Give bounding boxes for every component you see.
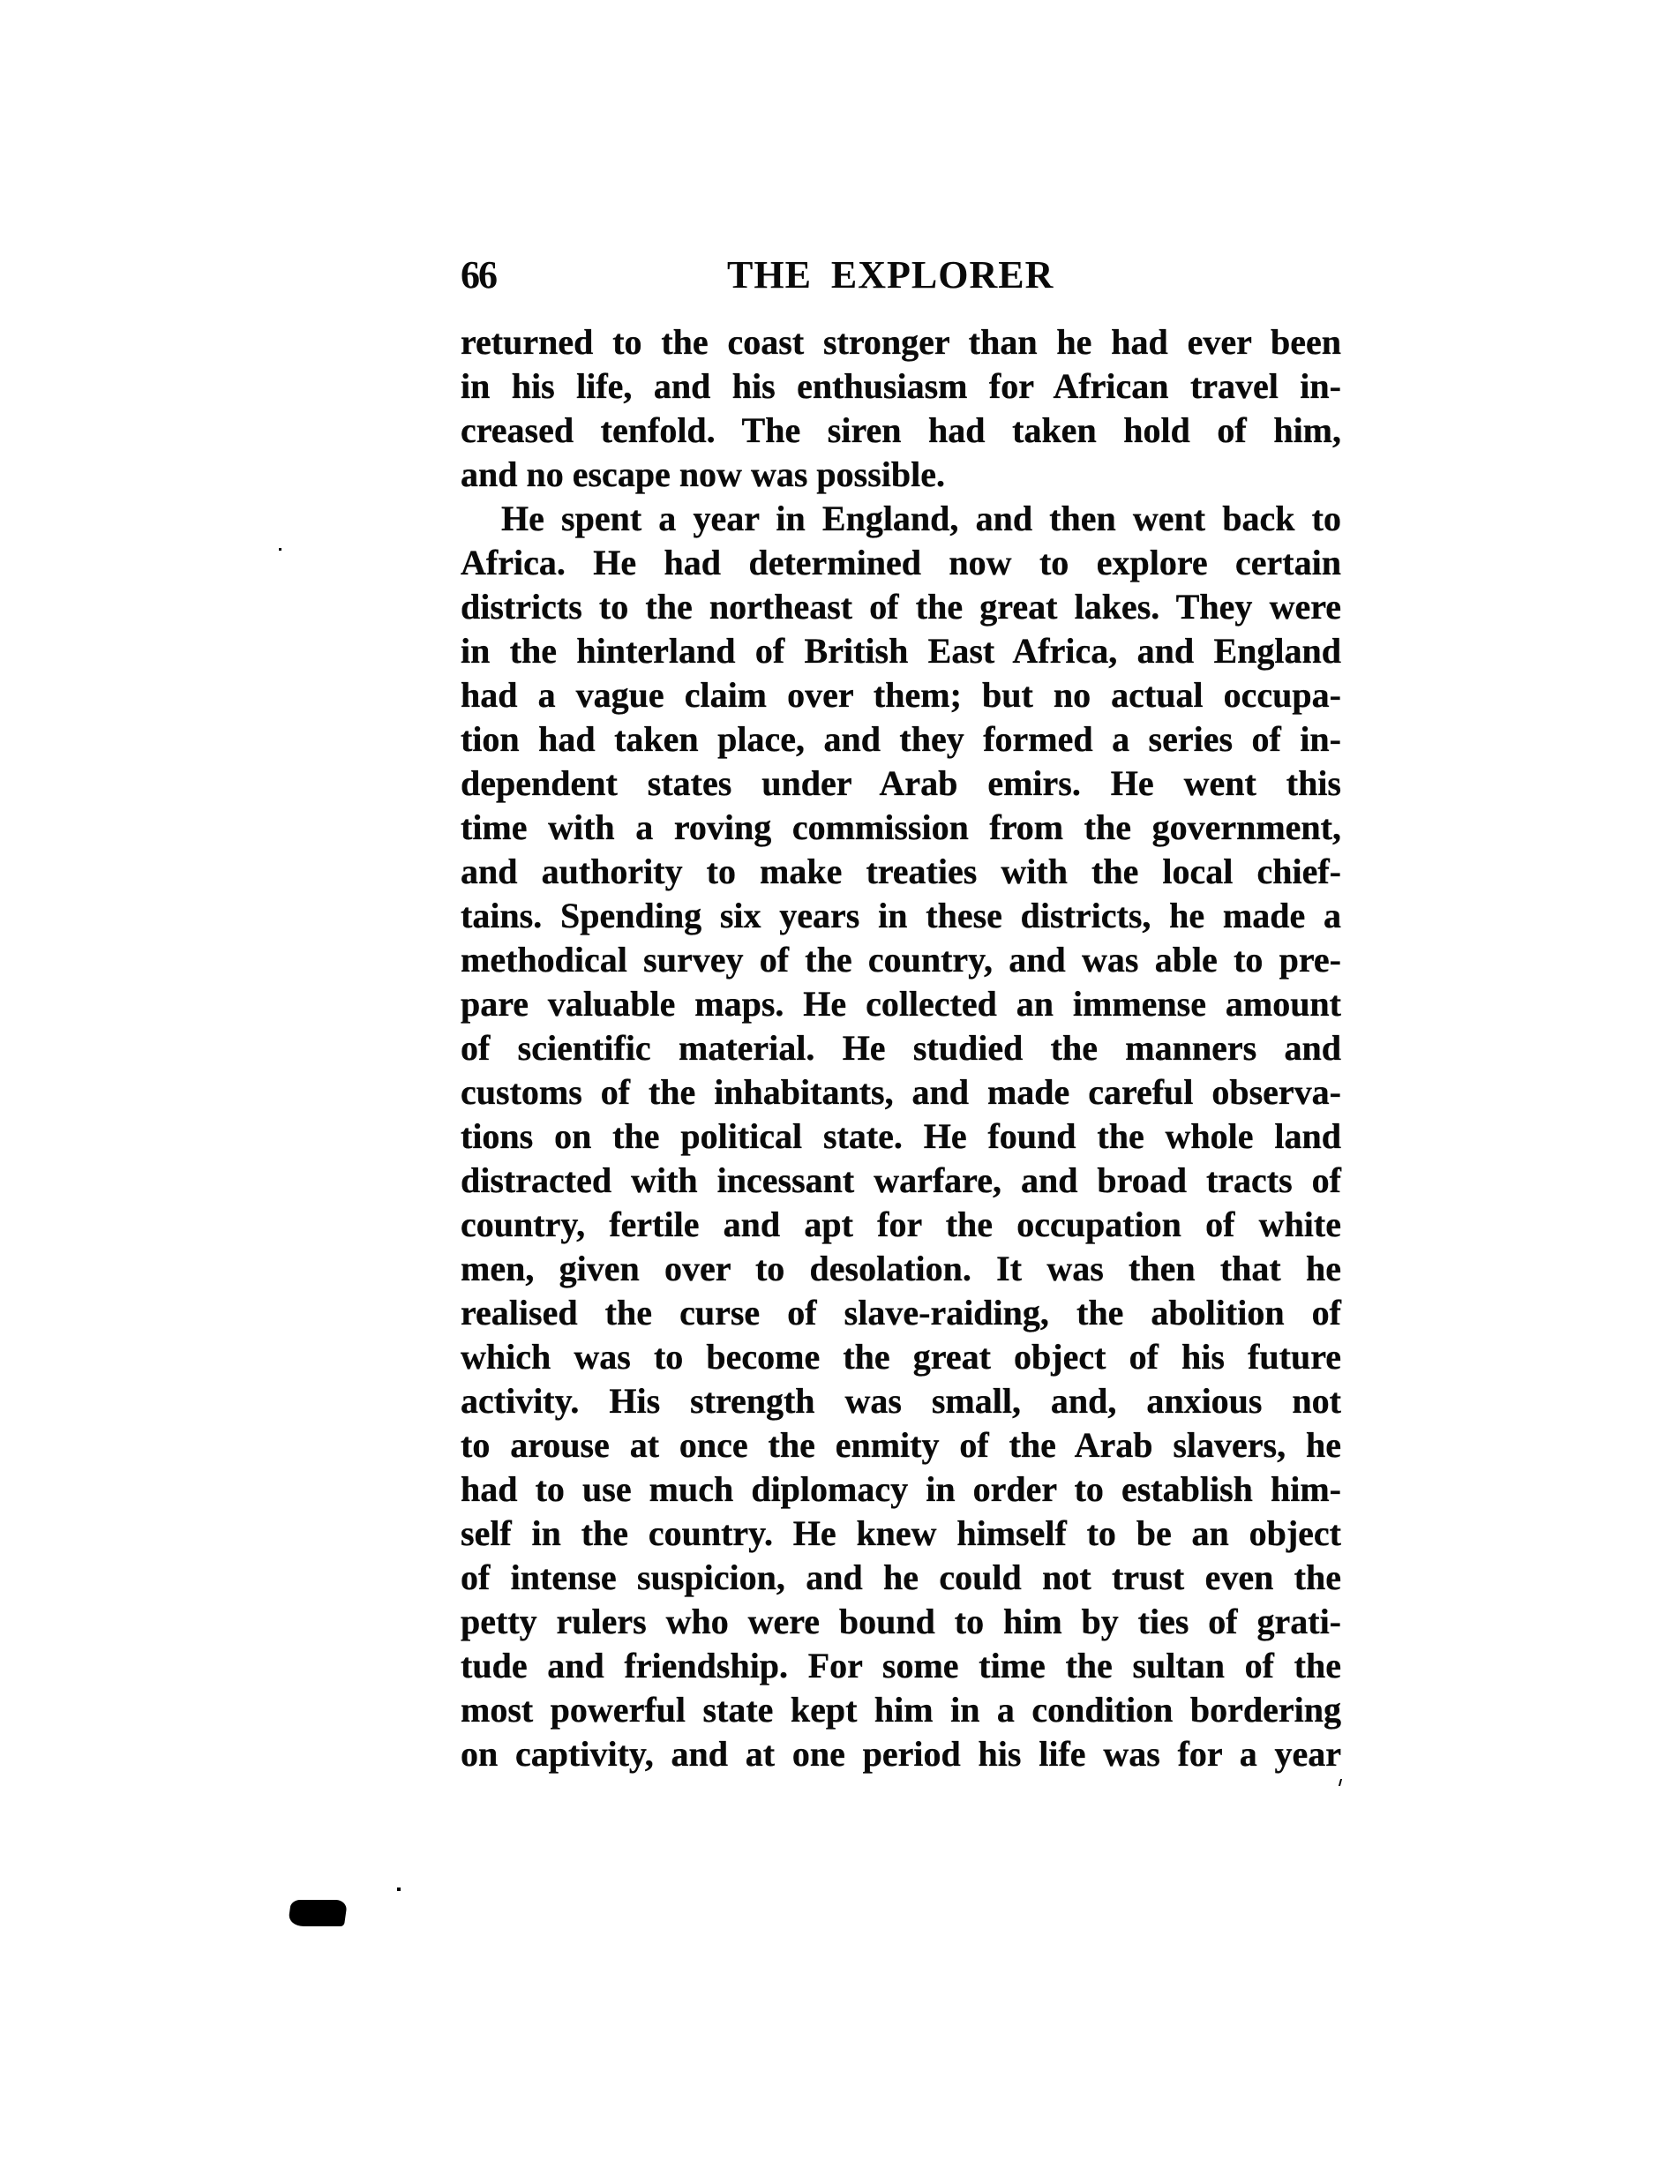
- page-number: 66: [461, 253, 496, 297]
- text-line: men, given over to desolation. It was th…: [461, 1247, 1341, 1291]
- ink-speck: [279, 548, 281, 551]
- text-line: in his life, and his enthusiasm for Afri…: [461, 364, 1341, 409]
- text-line: of intense suspicion, and he could not t…: [461, 1556, 1341, 1600]
- text-line: distracted with incessant warfare, and b…: [461, 1159, 1341, 1203]
- paragraph-first-line: He spent a year in England, and then wen…: [461, 497, 1341, 541]
- text-line: of scientific material. He studied the m…: [461, 1026, 1341, 1070]
- text-line: dependent states under Arab emirs. He we…: [461, 762, 1341, 806]
- text-line: on captivity, and at one period his life…: [461, 1732, 1341, 1776]
- text-line: creased tenfold. The siren had taken hol…: [461, 409, 1341, 453]
- text-line: and no escape now was possible.: [461, 453, 1341, 497]
- text-line: had a vague claim over them; but no actu…: [461, 673, 1341, 717]
- text-line: tion had taken place, and they formed a …: [461, 717, 1341, 762]
- text-line: customs of the inhabitants, and made car…: [461, 1070, 1341, 1115]
- text-line: and authority to make treaties with the …: [461, 850, 1341, 894]
- text-line: time with a roving commission from the g…: [461, 806, 1341, 850]
- text-line: pare valuable maps. He collected an imme…: [461, 982, 1341, 1026]
- running-head: 66 THE EXPLORER: [461, 253, 1341, 297]
- text-line: had to use much diplomacy in order to es…: [461, 1467, 1341, 1512]
- text-line: tions on the political state. He found t…: [461, 1115, 1341, 1159]
- text-line: most powerful state kept him in a condit…: [461, 1688, 1341, 1732]
- text-line: Africa. He had determined now to explore…: [461, 541, 1341, 585]
- text-line: self in the country. He knew himself to …: [461, 1512, 1341, 1556]
- text-line: realised the curse of slave-raiding, the…: [461, 1291, 1341, 1335]
- ink-speck: [397, 1888, 401, 1891]
- text-line: activity. His strength was small, and, a…: [461, 1379, 1341, 1423]
- text-line: to arouse at once the enmity of the Arab…: [461, 1423, 1341, 1467]
- ink-blot: [288, 1900, 348, 1926]
- text-line: tains. Spending six years in these distr…: [461, 894, 1341, 938]
- text-line: districts to the northeast of the great …: [461, 585, 1341, 629]
- text-line: which was to become the great object of …: [461, 1335, 1341, 1379]
- text-line: returned to the coast stronger than he h…: [461, 320, 1341, 364]
- book-title: THE EXPLORER: [727, 253, 1054, 297]
- text-line: country, fertile and apt for the occupat…: [461, 1203, 1341, 1247]
- text-line: petty rulers who were bound to him by ti…: [461, 1600, 1341, 1644]
- text-line: tude and friendship. For some time the s…: [461, 1644, 1341, 1688]
- body-text: returned to the coast stronger than he h…: [461, 320, 1341, 1776]
- ink-speck: [1339, 1779, 1342, 1786]
- text-line: methodical survey of the country, and wa…: [461, 938, 1341, 982]
- text-line: in the hinterland of British East Africa…: [461, 629, 1341, 673]
- book-page: 66 THE EXPLORER returned to the coast st…: [0, 0, 1680, 2184]
